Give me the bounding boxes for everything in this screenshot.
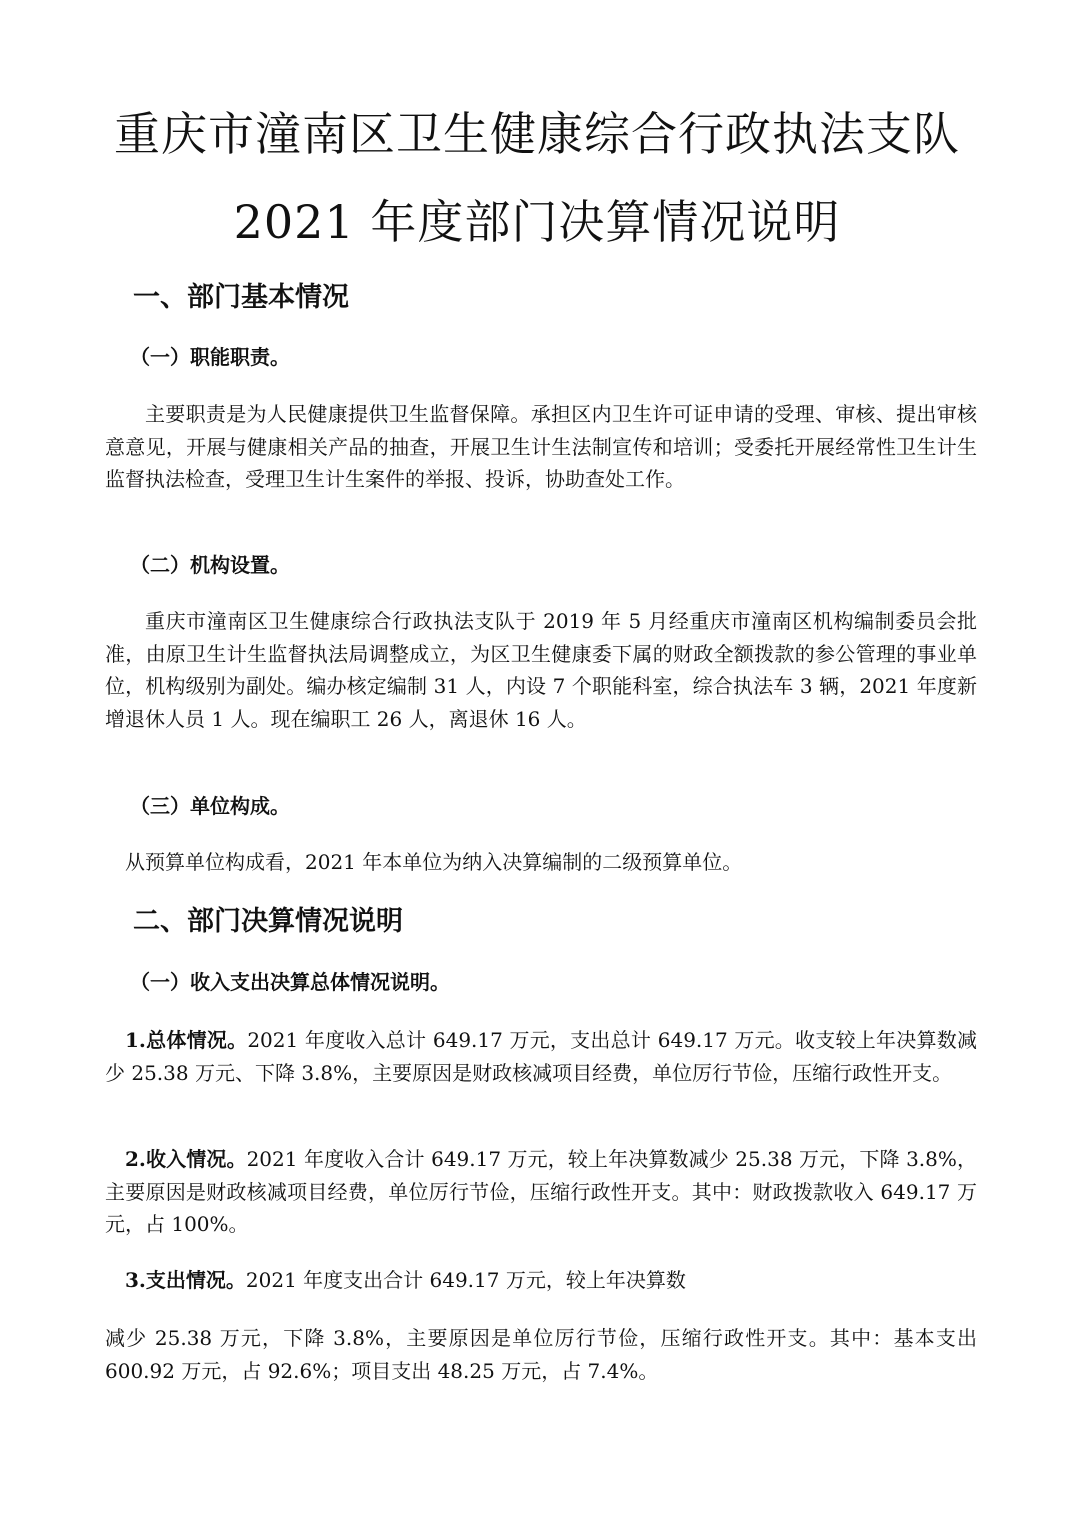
document-title-line1: 重庆市潼南区卫生健康综合行政执法支队 <box>0 104 1074 164</box>
item3-text: 2021 年度支出合计 649.17 万元，较上年决算数 <box>246 1268 686 1292</box>
item2-paragraph: 2.收入情况。2021 年度收入合计 649.17 万元，较上年决算数减少 25… <box>105 1143 977 1241</box>
section1-sub3-heading: （三）单位构成。 <box>130 792 290 820</box>
section2-sub1-heading: （一）收入支出决算总体情况说明。 <box>130 968 450 996</box>
item1-label: 1.总体情况。 <box>125 1028 247 1052</box>
section1-heading: 一、部门基本情况 <box>133 280 349 316</box>
section1-sub3-text: 从预算单位构成看，2021 年本单位为纳入决算编制的二级预算单位。 <box>125 846 997 879</box>
item3-paragraph: 3.支出情况。2021 年度支出合计 649.17 万元，较上年决算数 <box>105 1264 977 1297</box>
section1-sub1-heading: （一）职能职责。 <box>130 343 290 371</box>
item3-label: 3.支出情况。 <box>125 1268 246 1292</box>
item1-paragraph: 1.总体情况。2021 年度收入总计 649.17 万元，支出总计 649.17… <box>105 1024 977 1089</box>
item2-label: 2.收入情况。 <box>125 1147 247 1171</box>
section1-sub2-heading: （二）机构设置。 <box>130 551 290 579</box>
section1-sub1-text: 主要职责是为人民健康提供卫生监督保障。承担区内卫生许可证申请的受理、审核、提出审… <box>105 398 977 496</box>
section1-sub2-text: 重庆市潼南区卫生健康综合行政执法支队于 2019 年 5 月经重庆市潼南区机构编… <box>105 605 977 735</box>
item3-continuation: 减少 25.38 万元，下降 3.8%，主要原因是单位厉行节俭，压缩行政性开支。… <box>105 1322 977 1387</box>
document-title-line2: 2021 年度部门决算情况说明 <box>0 192 1074 252</box>
section2-heading: 二、部门决算情况说明 <box>133 904 403 940</box>
